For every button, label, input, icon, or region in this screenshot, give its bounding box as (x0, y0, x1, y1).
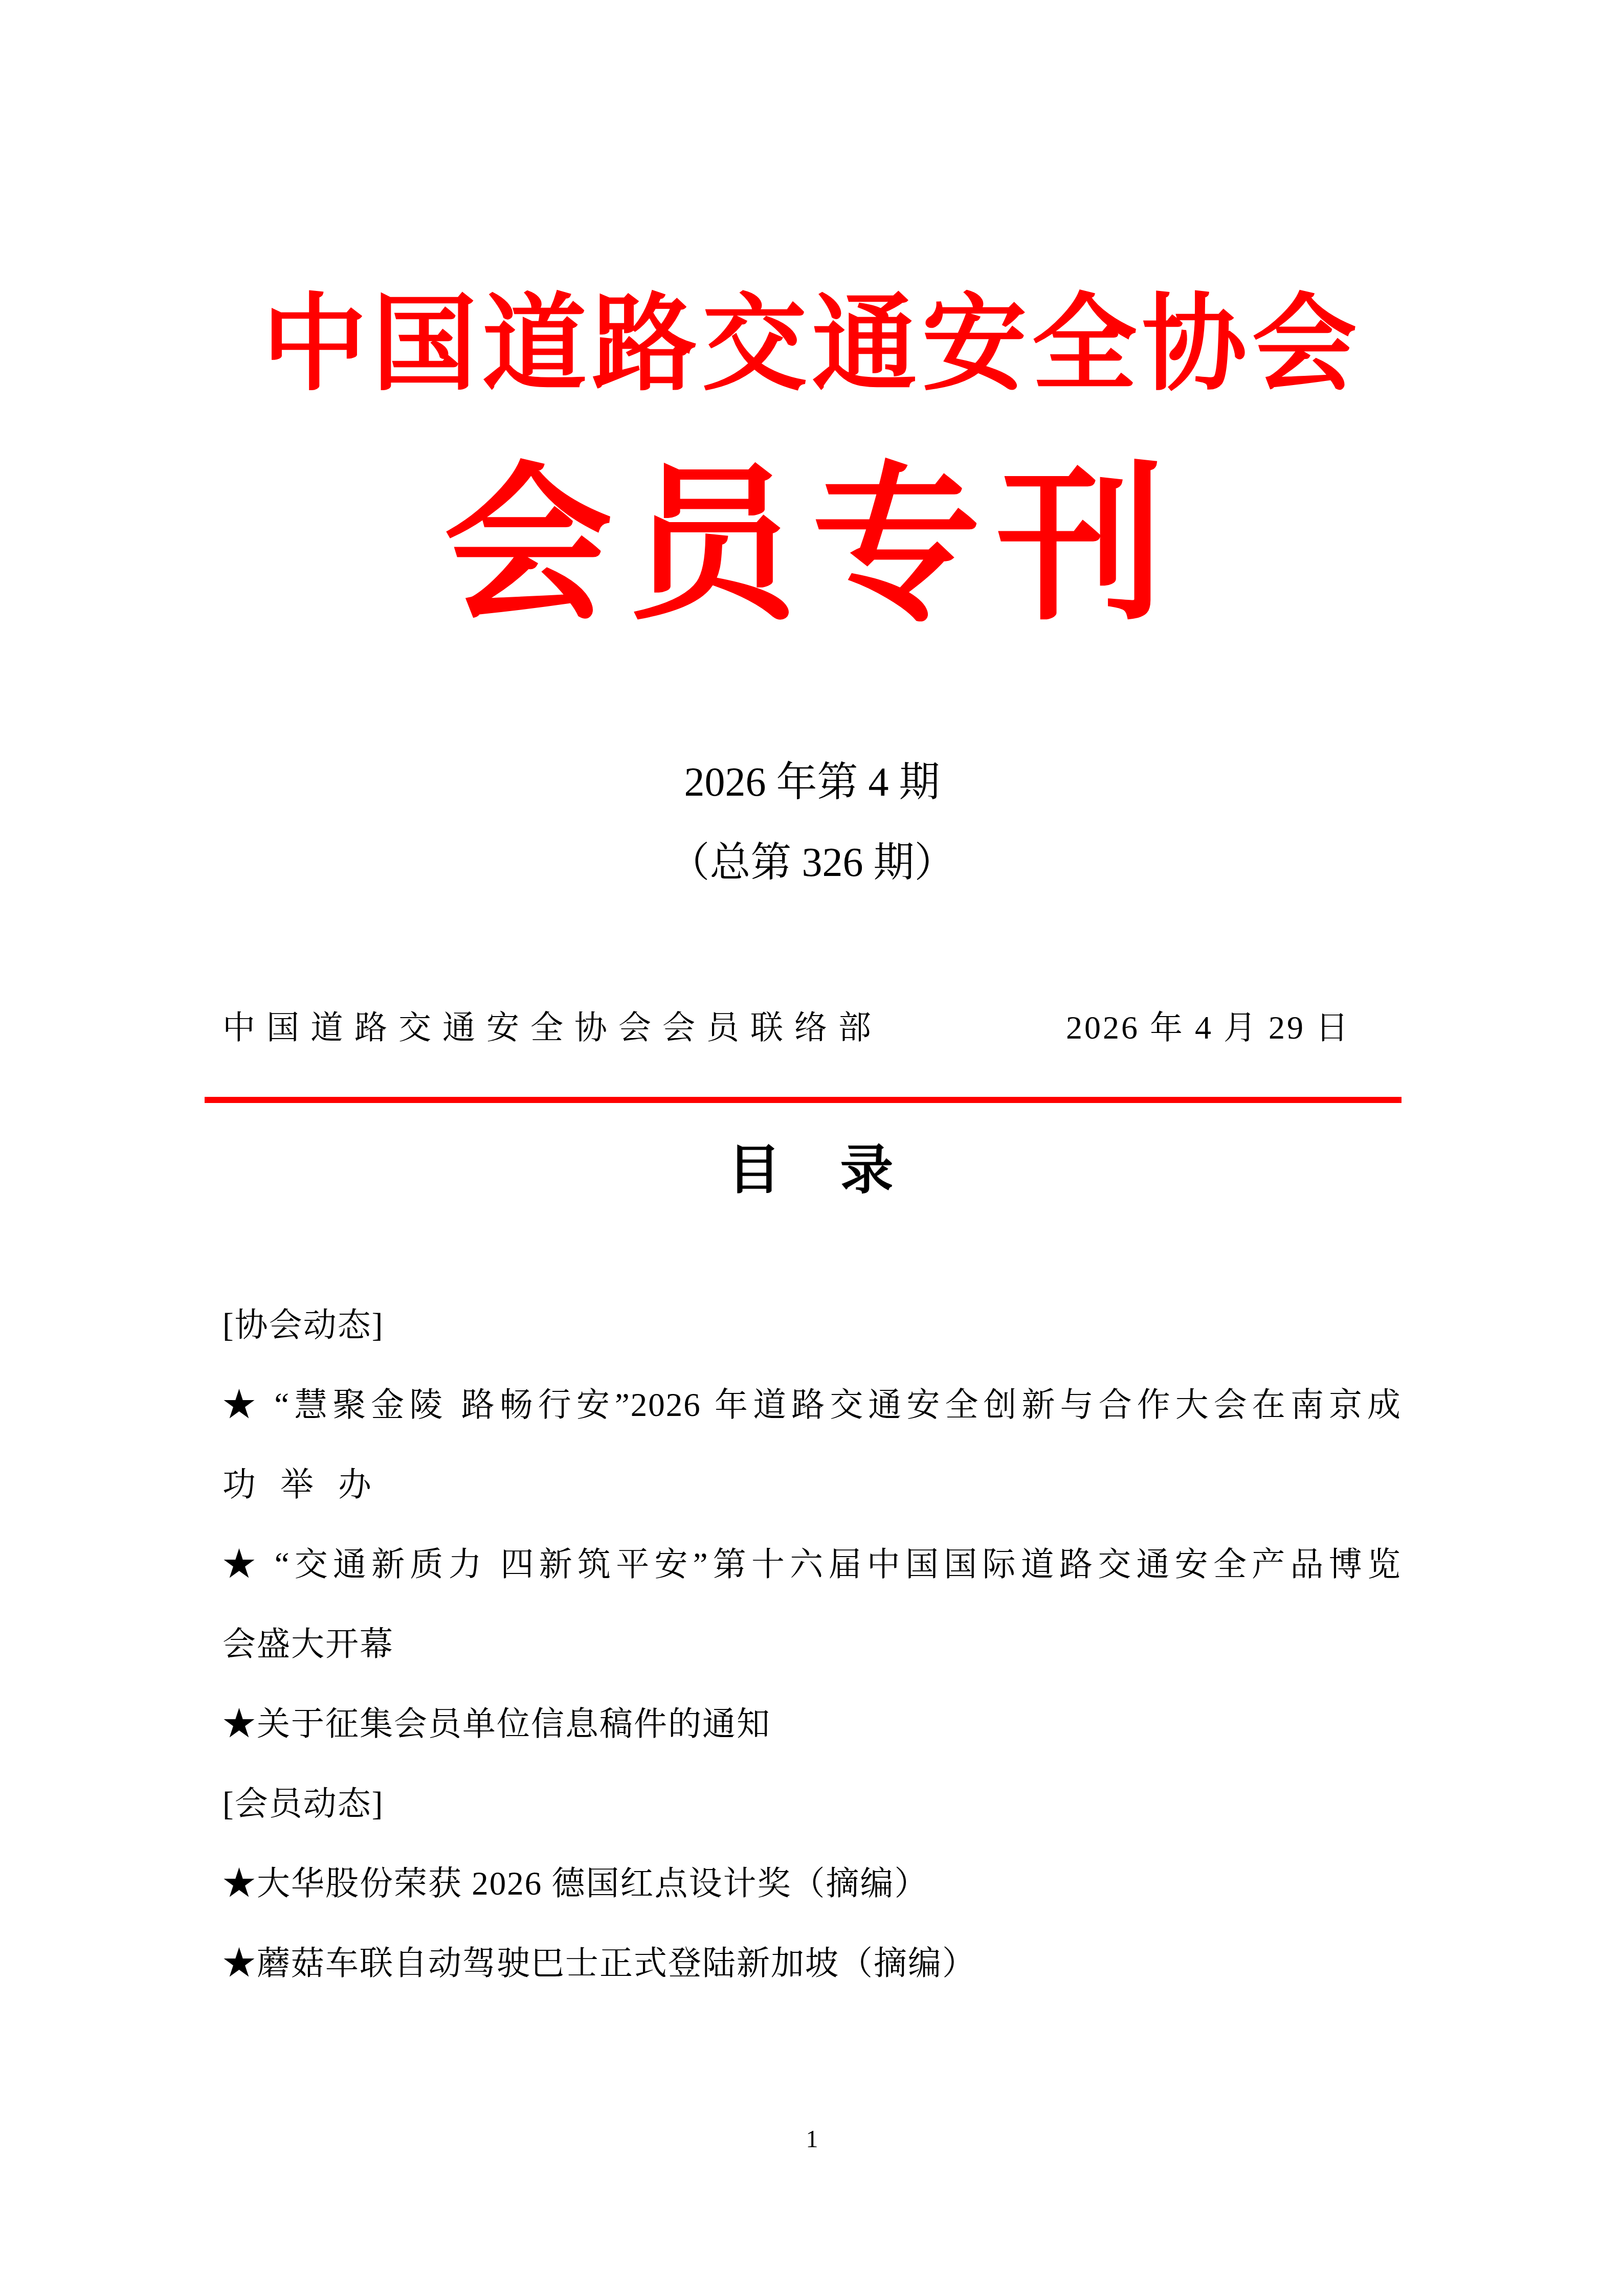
red-divider-rule (205, 1097, 1401, 1103)
toc-section-label-member-news: [会员动态] (223, 1764, 1401, 1844)
toc-section-label-association-news: [协会动态] (223, 1286, 1401, 1365)
toc-item-continuation: 功举办 (223, 1445, 1401, 1525)
toc-item: ★蘑菇车联自动驾驶巴士正式登陆新加坡（摘编） (223, 1924, 1401, 2004)
toc-item: ★关于征集会员单位信息稿件的通知 (223, 1684, 1401, 1764)
toc-heading: 目 录 (0, 1144, 1624, 1198)
issue-number-line: 2026 年第 4 期 (0, 762, 1624, 803)
toc-item: ★ “慧聚金陵 路畅行安”2026 年道路交通安全创新与合作大会在南京成 (223, 1365, 1401, 1445)
masthead-publication-title: 会员专刊 (0, 463, 1624, 632)
toc-item: ★ “交通新质力 四新筑平安”第十六届中国国际道路交通安全产品博览 (223, 1525, 1401, 1605)
publish-date: 2026 年 4 月 29 日 (1066, 1011, 1350, 1044)
cumulative-issue-line: （总第 326 期） (0, 842, 1624, 883)
publication-info-row: 中国道路交通安全协会会员联络部 2026 年 4 月 29 日 (223, 1011, 1350, 1044)
page-number: 1 (0, 2127, 1624, 2152)
toc-list: [协会动态] ★ “慧聚金陵 路畅行安”2026 年道路交通安全创新与合作大会在… (223, 1286, 1401, 2004)
toc-item: ★大华股份荣获 2026 德国红点设计奖（摘编） (223, 1844, 1401, 1924)
masthead-organization-title: 中国道路交通安全协会 (0, 292, 1624, 397)
toc-item-continuation: 会盛大开幕 (223, 1605, 1401, 1684)
publisher-department: 中国道路交通安全协会会员联络部 (223, 1011, 882, 1044)
document-page: 中国道路交通安全协会 会员专刊 2026 年第 4 期 （总第 326 期） 中… (0, 0, 1624, 2296)
